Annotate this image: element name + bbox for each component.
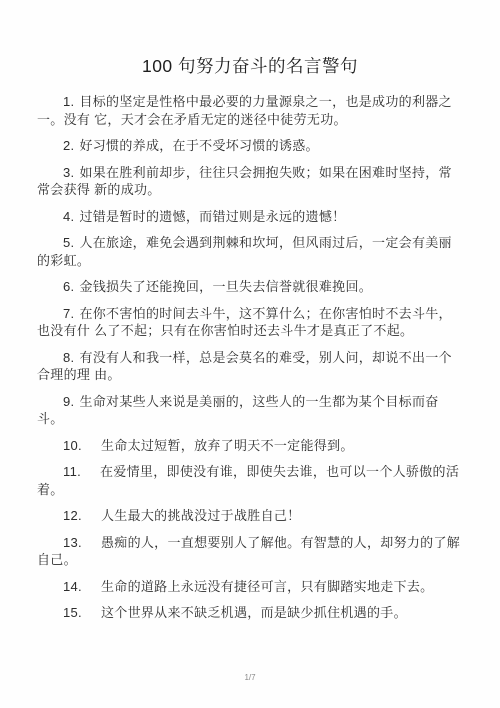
quote-number: 7. [63, 306, 74, 321]
quote-item: 12.人生最大的挑战没过于战胜自己！ [37, 507, 463, 525]
quote-number: 5. [63, 235, 74, 250]
quote-text: 愚痴的人，一直想要别人了解他。有智慧的人，却努力的了解自己。 [37, 535, 460, 568]
quote-item: 15.这个世界从来不缺乏机遇，而是缺少抓住机遇的手。 [37, 604, 463, 622]
quote-text: 如果在胜利前却步，往往只会拥抱失败；如果在困难时坚持，常常会获得 新的成功。 [37, 165, 452, 198]
quote-text: 有没有人和我一样，总是会莫名的难受，别人问，却说不出一个合理的理 由。 [37, 350, 452, 383]
quote-item: 9.生命对某些人来说是美丽的，这些人的一生都为某个目标而奋斗。 [37, 393, 463, 428]
quote-item: 7.在你不害怕的时间去斗牛，这不算什么；在你害怕时不去斗牛，也没有什 么了不起；… [37, 305, 463, 340]
quote-item: 11.在爱情里，即使没有谁，即使失去谁，也可以一个人骄傲的活着。 [37, 463, 463, 498]
quote-item: 8.有没有人和我一样，总是会莫名的难受，别人问，却说不出一个合理的理 由。 [37, 349, 463, 384]
quote-number: 14. [63, 579, 82, 594]
quote-number: 10. [63, 438, 82, 453]
quote-item: 6.金钱损失了还能挽回，一旦失去信誉就很难挽回。 [37, 278, 463, 296]
quote-number: 2. [63, 138, 74, 153]
quote-item: 5.人在旅途，难免会遇到荆棘和坎坷，但风雨过后，一定会有美丽的彩虹。 [37, 234, 463, 269]
quote-number: 9. [63, 394, 74, 409]
quote-number: 13. [63, 535, 82, 550]
quote-item: 4.过错是暂时的遗憾，而错过则是永远的遗憾！ [37, 208, 463, 226]
quote-number: 1. [63, 94, 74, 109]
quote-item: 13.愚痴的人，一直想要别人了解他。有智慧的人，却努力的了解自己。 [37, 534, 463, 569]
document-page: 100 句努力奋斗的名言警句 1.目标的坚定是性格中最必要的力量源泉之一，也是成… [0, 0, 500, 708]
quote-text: 人在旅途，难免会遇到荆棘和坎坷，但风雨过后，一定会有美丽的彩虹。 [37, 235, 452, 268]
quote-item: 14.生命的道路上永远没有捷径可言，只有脚踏实地走下去。 [37, 578, 463, 596]
quote-text: 在爱情里，即使没有谁，即使失去谁，也可以一个人骄傲的活着。 [37, 464, 459, 497]
quote-text: 生命太过短暂，放弃了明天不一定能得到。 [101, 438, 354, 453]
quote-text: 人生最大的挑战没过于战胜自己！ [101, 508, 301, 523]
quote-item: 2.好习惯的养成，在于不受坏习惯的诱惑。 [37, 137, 463, 155]
quote-text: 目标的坚定是性格中最必要的力量源泉之一，也是成功的利器之一。没有 它，天才会在矛… [37, 94, 452, 127]
page-number: 1/7 [0, 673, 500, 682]
quote-text: 生命的道路上永远没有捷径可言，只有脚踏实地走下去。 [101, 579, 434, 594]
quote-number: 15. [63, 605, 82, 620]
quote-list: 1.目标的坚定是性格中最必要的力量源泉之一，也是成功的利器之一。没有 它，天才会… [37, 93, 463, 622]
quote-item: 1.目标的坚定是性格中最必要的力量源泉之一，也是成功的利器之一。没有 它，天才会… [37, 93, 463, 128]
quote-number: 11. [63, 464, 81, 479]
quote-number: 12. [63, 508, 82, 523]
quote-number: 4. [63, 209, 74, 224]
quote-number: 3. [63, 165, 74, 180]
quote-text: 好习惯的养成，在于不受坏习惯的诱惑。 [79, 138, 318, 153]
quote-text: 金钱损失了还能挽回，一旦失去信誉就很难挽回。 [79, 279, 372, 294]
quote-number: 8. [63, 350, 74, 365]
quote-item: 10.生命太过短暂，放弃了明天不一定能得到。 [37, 437, 463, 455]
quote-text: 在你不害怕的时间去斗牛，这不算什么；在你害怕时不去斗牛，也没有什 么了不起；只有… [37, 306, 452, 339]
page-title: 100 句努力奋斗的名言警句 [37, 54, 463, 78]
quote-item: 3.如果在胜利前却步，往往只会拥抱失败；如果在困难时坚持，常常会获得 新的成功。 [37, 164, 463, 199]
quote-number: 6. [63, 279, 74, 294]
quote-text: 过错是暂时的遗憾，而错过则是永远的遗憾！ [79, 209, 345, 224]
quote-text: 生命对某些人来说是美丽的，这些人的一生都为某个目标而奋斗。 [37, 394, 439, 427]
quote-text: 这个世界从来不缺乏机遇，而是缺少抓住机遇的手。 [101, 605, 407, 620]
